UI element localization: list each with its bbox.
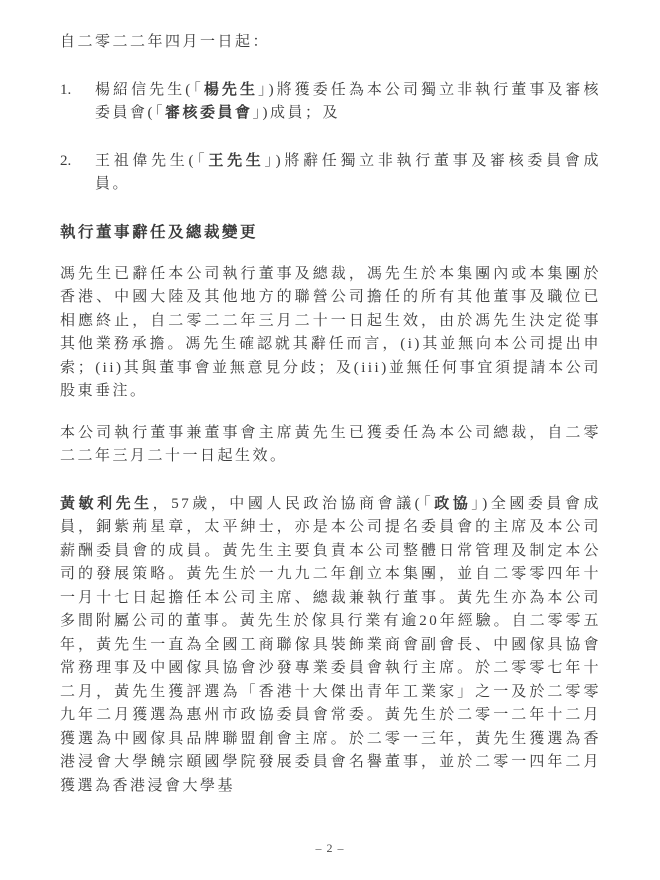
- person-name: 黃敏利先生: [60, 496, 153, 512]
- defined-term-cppcc: 政協: [434, 496, 471, 512]
- list-item-1: 1. 楊紹信先生(「楊先生」)將獲委任為本公司獨立非執行董事及審核委員會(「審核…: [60, 79, 601, 126]
- paragraph-resignation: 馮先生已辭任本公司執行董事及總裁，馮先生於本集團內或本集團於香港、中國大陸及其他…: [60, 263, 601, 404]
- paragraph-appointment: 本公司執行董事兼董事會主席黃先生已獲委任為本公司總裁，自二零二二年三月二十一日起…: [60, 422, 601, 469]
- list-item-2-text: 王祖偉先生(「王先生」)將辭任獨立非執行董事及審核委員會成員。: [95, 150, 601, 197]
- section-heading: 執行董事辭任及總裁變更: [60, 221, 601, 244]
- page-number: – 2 –: [0, 841, 660, 856]
- defined-term-audit-committee: 審核委員會: [165, 105, 253, 121]
- text-segment: 王祖偉先生(「: [95, 153, 208, 169]
- ordered-list: 1. 楊紹信先生(「楊先生」)將獲委任為本公司獨立非執行董事及審核委員會(「審核…: [60, 79, 601, 197]
- text-segment: 楊紹信先生(「: [95, 82, 204, 98]
- text-segment: 」)成員；及: [253, 105, 341, 121]
- list-item-1-number: 1.: [60, 79, 95, 126]
- intro-line: 自二零二二年四月一日起：: [60, 31, 601, 55]
- list-item-2-number: 2.: [60, 150, 95, 197]
- paragraph-biography: 黃敏利先生，57歲，中國人民政治協商會議(「政協」)全國委員會成員，銅紫荊星章，…: [60, 493, 601, 799]
- defined-term-wang: 王先生: [208, 153, 264, 169]
- text-segment: 」)全國委員會成員，銅紫荊星章，太平紳士，亦是本公司提名委員會的主席及本公司薪酬…: [60, 496, 601, 794]
- defined-term-yang: 楊先生: [204, 82, 258, 98]
- document-page: 自二零二二年四月一日起： 1. 楊紹信先生(「楊先生」)將獲委任為本公司獨立非執…: [0, 0, 660, 880]
- text-segment: ，57歲，中國人民政治協商會議(「: [153, 496, 435, 512]
- list-item-2: 2. 王祖偉先生(「王先生」)將辭任獨立非執行董事及審核委員會成員。: [60, 150, 601, 197]
- list-item-1-text: 楊紹信先生(「楊先生」)將獲委任為本公司獨立非執行董事及審核委員會(「審核委員會…: [95, 79, 601, 126]
